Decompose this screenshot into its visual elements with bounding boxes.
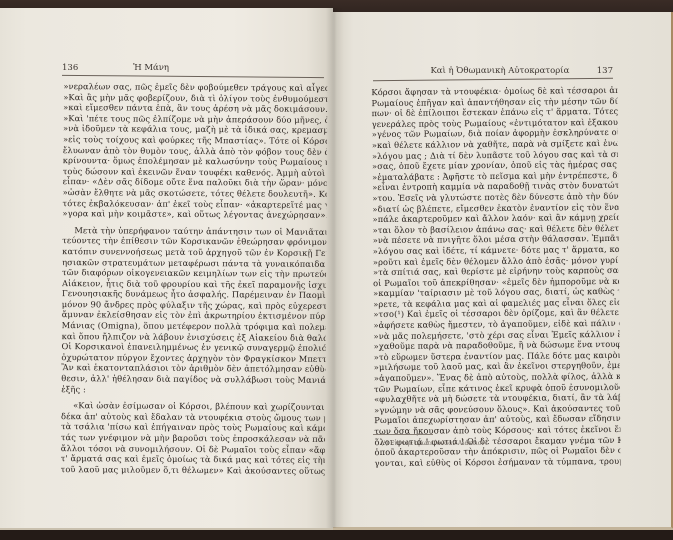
right-header-rule [373, 78, 613, 82]
right-body-text: Κόρσοι ἄφησαν τὰ ντουφέκια· ὁμοίως δὲ κα… [371, 85, 620, 469]
left-body-text: »νεραλέων σας, πῶς ἐμεῖς δὲν φοβούμεθεν … [61, 81, 328, 476]
left-page-number: 136 [62, 63, 78, 73]
left-page: 136 Ἡ Μάνη »νεραλέων σας, πῶς ἐμεῖς δὲν … [0, 8, 333, 530]
right-running-head: Καὶ ἡ Ὀθωμανικὴ Αὐτοκρατορία 137 [373, 66, 613, 76]
text-line: θεσιν, ἀλλ' ἠθέλησαν διὰ παγίδος νὰ συλλ… [61, 373, 325, 385]
left-running-head: 136 Ἡ Μάνη [62, 63, 324, 73]
footnote: (¹) Εἰς τὴν πρωτεύουσαν Αἰάκειον. [381, 440, 487, 447]
right-page-number: 137 [597, 66, 613, 76]
text-line: »γορα καὶ μὴν κοιμᾶστε», καὶ οὕτως λέγον… [62, 208, 326, 220]
text-line: γονται, καὶ εὐθὺς οἱ Κόρσοι ἐσήμαναν τὰ … [375, 456, 621, 469]
left-header-rule [62, 75, 324, 78]
right-page: Καὶ ἡ Ὀθωμανικὴ Αὐτοκρατορία 137 Κόρσοι … [333, 12, 673, 530]
left-running-title: Ἡ Μάνη [133, 63, 169, 73]
book-spine-gutter [326, 8, 344, 528]
footnote-rule [373, 434, 433, 435]
right-running-title: Καὶ ἡ Ὀθωμανικὴ Αὐτοκρατορία [430, 66, 569, 76]
text-line: τοῦ λαοῦ μας μιλοῦμεν ὅ,τι θέλωμεν» Καὶ … [61, 464, 325, 476]
